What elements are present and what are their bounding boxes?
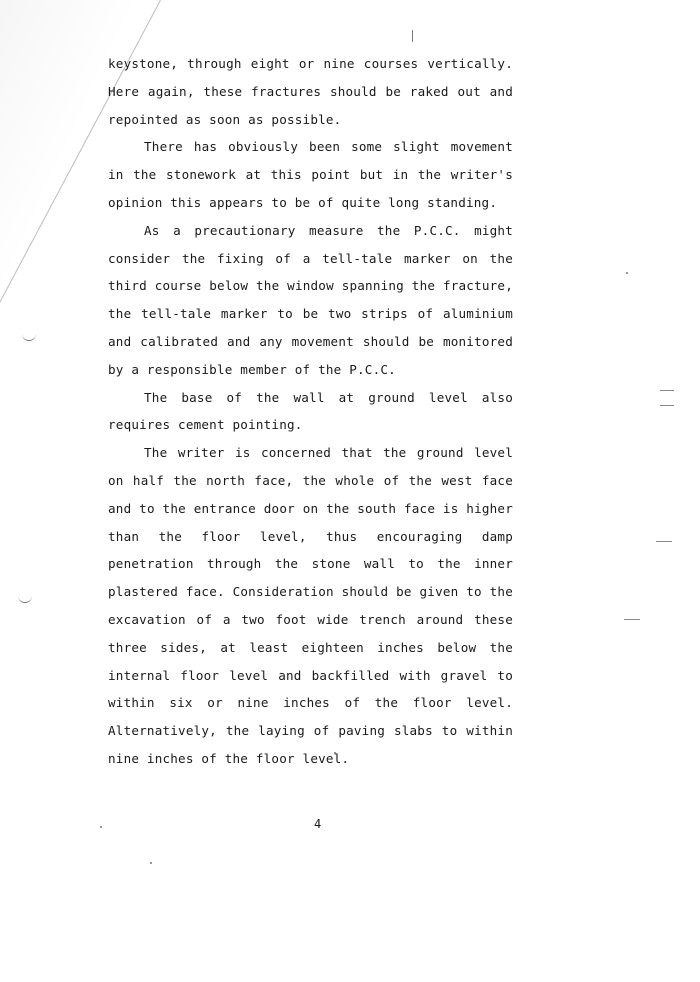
page-number: 4 (314, 817, 321, 831)
scan-mark (18, 596, 32, 603)
scan-speck (150, 862, 152, 864)
document-page: keystone, through eight or nine courses … (0, 0, 700, 982)
paragraph-tell-tale-marker: As a precautionary measure the P.C.C. mi… (108, 217, 513, 384)
paragraph-keystone: keystone, through eight or nine courses … (108, 50, 513, 133)
scan-speck (412, 30, 413, 42)
scan-speck (626, 272, 628, 274)
paragraph-movement: There has obviously been some slight mov… (108, 133, 513, 216)
scan-mark (660, 390, 674, 391)
scan-mark (660, 405, 674, 406)
paragraph-wall-base: The base of the wall at ground level als… (108, 384, 513, 440)
scan-mark (624, 619, 640, 620)
body-text: keystone, through eight or nine courses … (108, 50, 513, 773)
scan-mark (656, 541, 672, 542)
paragraph-ground-level: The writer is concerned that the ground … (108, 439, 513, 773)
scan-speck (100, 826, 102, 828)
scan-speck (334, 752, 336, 754)
scan-mark (22, 334, 36, 341)
